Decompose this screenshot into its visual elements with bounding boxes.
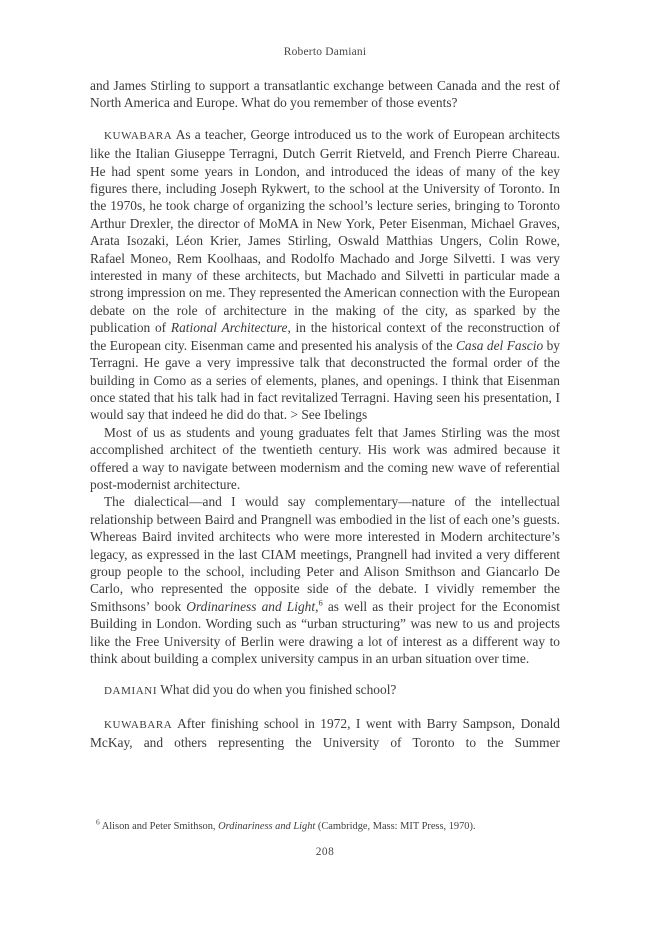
italic-title: Casa del Fascio	[456, 338, 543, 353]
footnote: 6 Alison and Peter Smithson, Ordinarines…	[96, 820, 556, 833]
cross-reference: > See Ibelings	[290, 407, 367, 422]
paragraph: The dialectical—and I would say compleme…	[90, 493, 560, 667]
italic-title: Rational Architecture	[171, 320, 288, 335]
text-run: Most of us as students and young graduat…	[90, 425, 560, 492]
italic-title: Ordinariness and Light	[218, 821, 315, 832]
speaker-label: DAMIANI	[104, 685, 157, 697]
italic-title: Ordinariness and Light	[186, 599, 315, 614]
page-number: 208	[0, 846, 650, 858]
paragraph: KUWABARA After finishing school in 1972,…	[90, 715, 560, 752]
paragraph: Most of us as students and young graduat…	[90, 424, 560, 494]
text-run: (Cambridge, Mass: MIT Press, 1970).	[315, 821, 475, 832]
paragraph: and James Stirling to support a transatl…	[90, 77, 560, 112]
speaker-label: KUWABARA	[104, 719, 172, 731]
running-header: Roberto Damiani	[0, 46, 650, 58]
book-page: Roberto Damiani and James Stirling to su…	[0, 0, 650, 935]
paragraph: KUWABARA As a teacher, George introduced…	[90, 126, 560, 424]
text-run: What did you do when you finished school…	[157, 682, 396, 697]
text-run: Alison and Peter Smithson,	[100, 821, 218, 832]
speaker-label: KUWABARA	[104, 130, 172, 142]
text-run: As a teacher, George introduced us to th…	[90, 127, 560, 335]
page-body-text: and James Stirling to support a transatl…	[90, 77, 560, 752]
text-run: and James Stirling to support a transatl…	[90, 78, 560, 110]
text-run: The dialectical—and I would say compleme…	[90, 494, 560, 613]
paragraph: DAMIANI What did you do when you finishe…	[90, 681, 560, 700]
